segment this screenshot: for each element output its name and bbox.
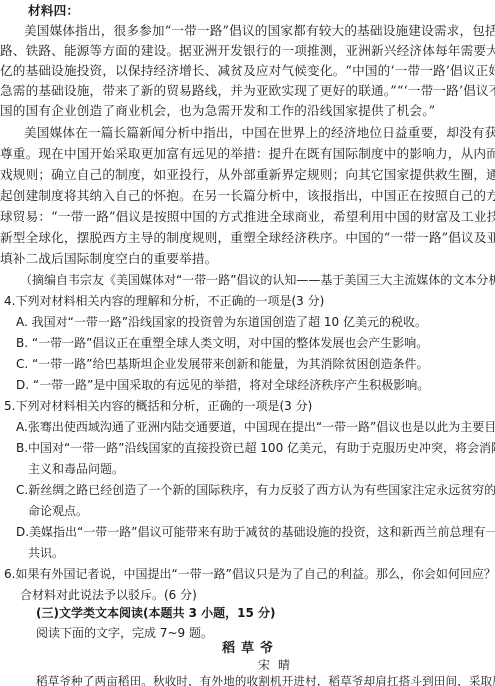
section-instruction: 阅读下面的文字，完成 7~9 题。 <box>36 624 213 642</box>
q6-line: 6.如果有外国记者说，中国提出“一带一路”倡议只是为了自己的利益。那么，你会如何… <box>4 565 495 583</box>
story-para-line: 稻草爷种了两亩稻田。秋收时，有外地的收割机开进村，稻草爷却肩扛搭斗到田间，采取原… <box>36 672 495 686</box>
q4-option-c: C. “一带一路”给巴基斯坦企业发展带来创新和能量，为其消除贫困创造条件。 <box>16 355 428 373</box>
q6-line: 合材料对此说法予以驳斥。(6 分) <box>20 586 197 604</box>
para1-line: 路、铁路、能源等方面的建设。据亚洲开发银行的一项推测，亚洲新兴经济体每年需要大约… <box>0 42 495 60</box>
para2-line: 球贸易：“一带一路”倡议是按照中国的方式推进全球商业，希望利用中国的财富及工业技… <box>0 208 495 226</box>
material-heading: 材料四： <box>28 2 79 20</box>
q4-stem: 4.下列对材料相关内容的理解和分析，不正确的一项是(3 分) <box>4 292 324 310</box>
q5-option-c: C.新丝绸之路已经创造了一个新的国际秩序，有力反驳了西方认为有些国家注定永远贫穷… <box>16 481 495 499</box>
para2-line: 美国媒体在一篇长篇新闻分析中指出，中国在世界上的经济地位日益重要，却没有获得应有… <box>24 124 495 142</box>
exam-page: 材料四： 美国媒体指出，很多参加“一带一路”倡议的国家都有较大的基础设施建设需求… <box>0 0 495 686</box>
para2-line: 戏规则；确立自己的制度，如亚投行，从外部重新界定规则；向其它国家提供救生圈，通过… <box>0 166 495 184</box>
para1-line: 急需的基础设施，带来了新的贸易路线，并为亚欧实现了更好的联通。”“‘一带一路’倡… <box>0 82 495 100</box>
q5-stem: 5.下列对材料相关内容的概括和分析，正确的一项是(3 分) <box>4 397 312 415</box>
para1-line: 美国媒体指出，很多参加“一带一路”倡议的国家都有较大的基础设施建设需求，包括港口… <box>24 22 495 40</box>
para2-line: 新型全球化，摆脱西方主导的制度规则，重塑全球经济秩序。中国的“一带一路”倡议及亚… <box>0 229 495 247</box>
q4-option-b: B. “一带一路”倡议正在重塑全球人类文明，对中国的整体发展也会产生影响。 <box>16 334 428 352</box>
q5-option-c-cont: 命论观点。 <box>28 502 88 520</box>
q5-option-a: A.张骞出使西域沟通了亚洲内陆交通要道，中国现在提出“一带一路”倡议也是以此为主… <box>16 418 495 436</box>
para1-line: 亿的基础设施投资，以保持经济增长、减贫及应对气候变化。“中国的‘一带一路’倡议正… <box>0 62 495 80</box>
q5-option-d-cont: 共识。 <box>28 544 64 562</box>
q5-option-b-cont: 主义和毒品问题。 <box>28 460 124 478</box>
q4-option-d: D. “一带一路”是中国采取的有远见的举措，将对全球经济秩序产生积极影响。 <box>16 376 429 394</box>
para2-line: 起创建制度将其纳入自己的怀抱。在另一长篇分析中，该报指出，中国正在按照自己的方式… <box>0 187 495 205</box>
source-citation: （摘编自韦宗友《美国媒体对“一带一路”倡议的认知——基于美国三大主流媒体的文本分… <box>20 271 495 289</box>
q5-option-d: D.美媒指出“一带一路”倡议可能带来有助于减贫的基础设施的投资，这和新西兰前总理… <box>16 523 495 541</box>
section-heading: (三)文学类文本阅读(本题共 3 小题，15 分) <box>36 604 276 622</box>
q4-option-a: A. 我国对“一带一路”沿线国家的投资曾为东道国创造了超 10 亿美元的税收。 <box>16 313 427 331</box>
q5-option-b: B.中国对“一带一路”沿线国家的直接投资已超 100 亿美元，有助于克服历史冲突… <box>16 439 495 457</box>
para1-line: 国的国有企业创造了商业机会，也为急需开发和工作的沿线国家提供了机会。” <box>0 102 435 120</box>
para2-line: 尊重。现在中国开始采取更加富有远见的举措：提升在既有国际制度中的影响力，从内而外… <box>0 145 495 163</box>
para2-line: 填补二战后国际制度空白的重要举措。 <box>0 250 218 268</box>
